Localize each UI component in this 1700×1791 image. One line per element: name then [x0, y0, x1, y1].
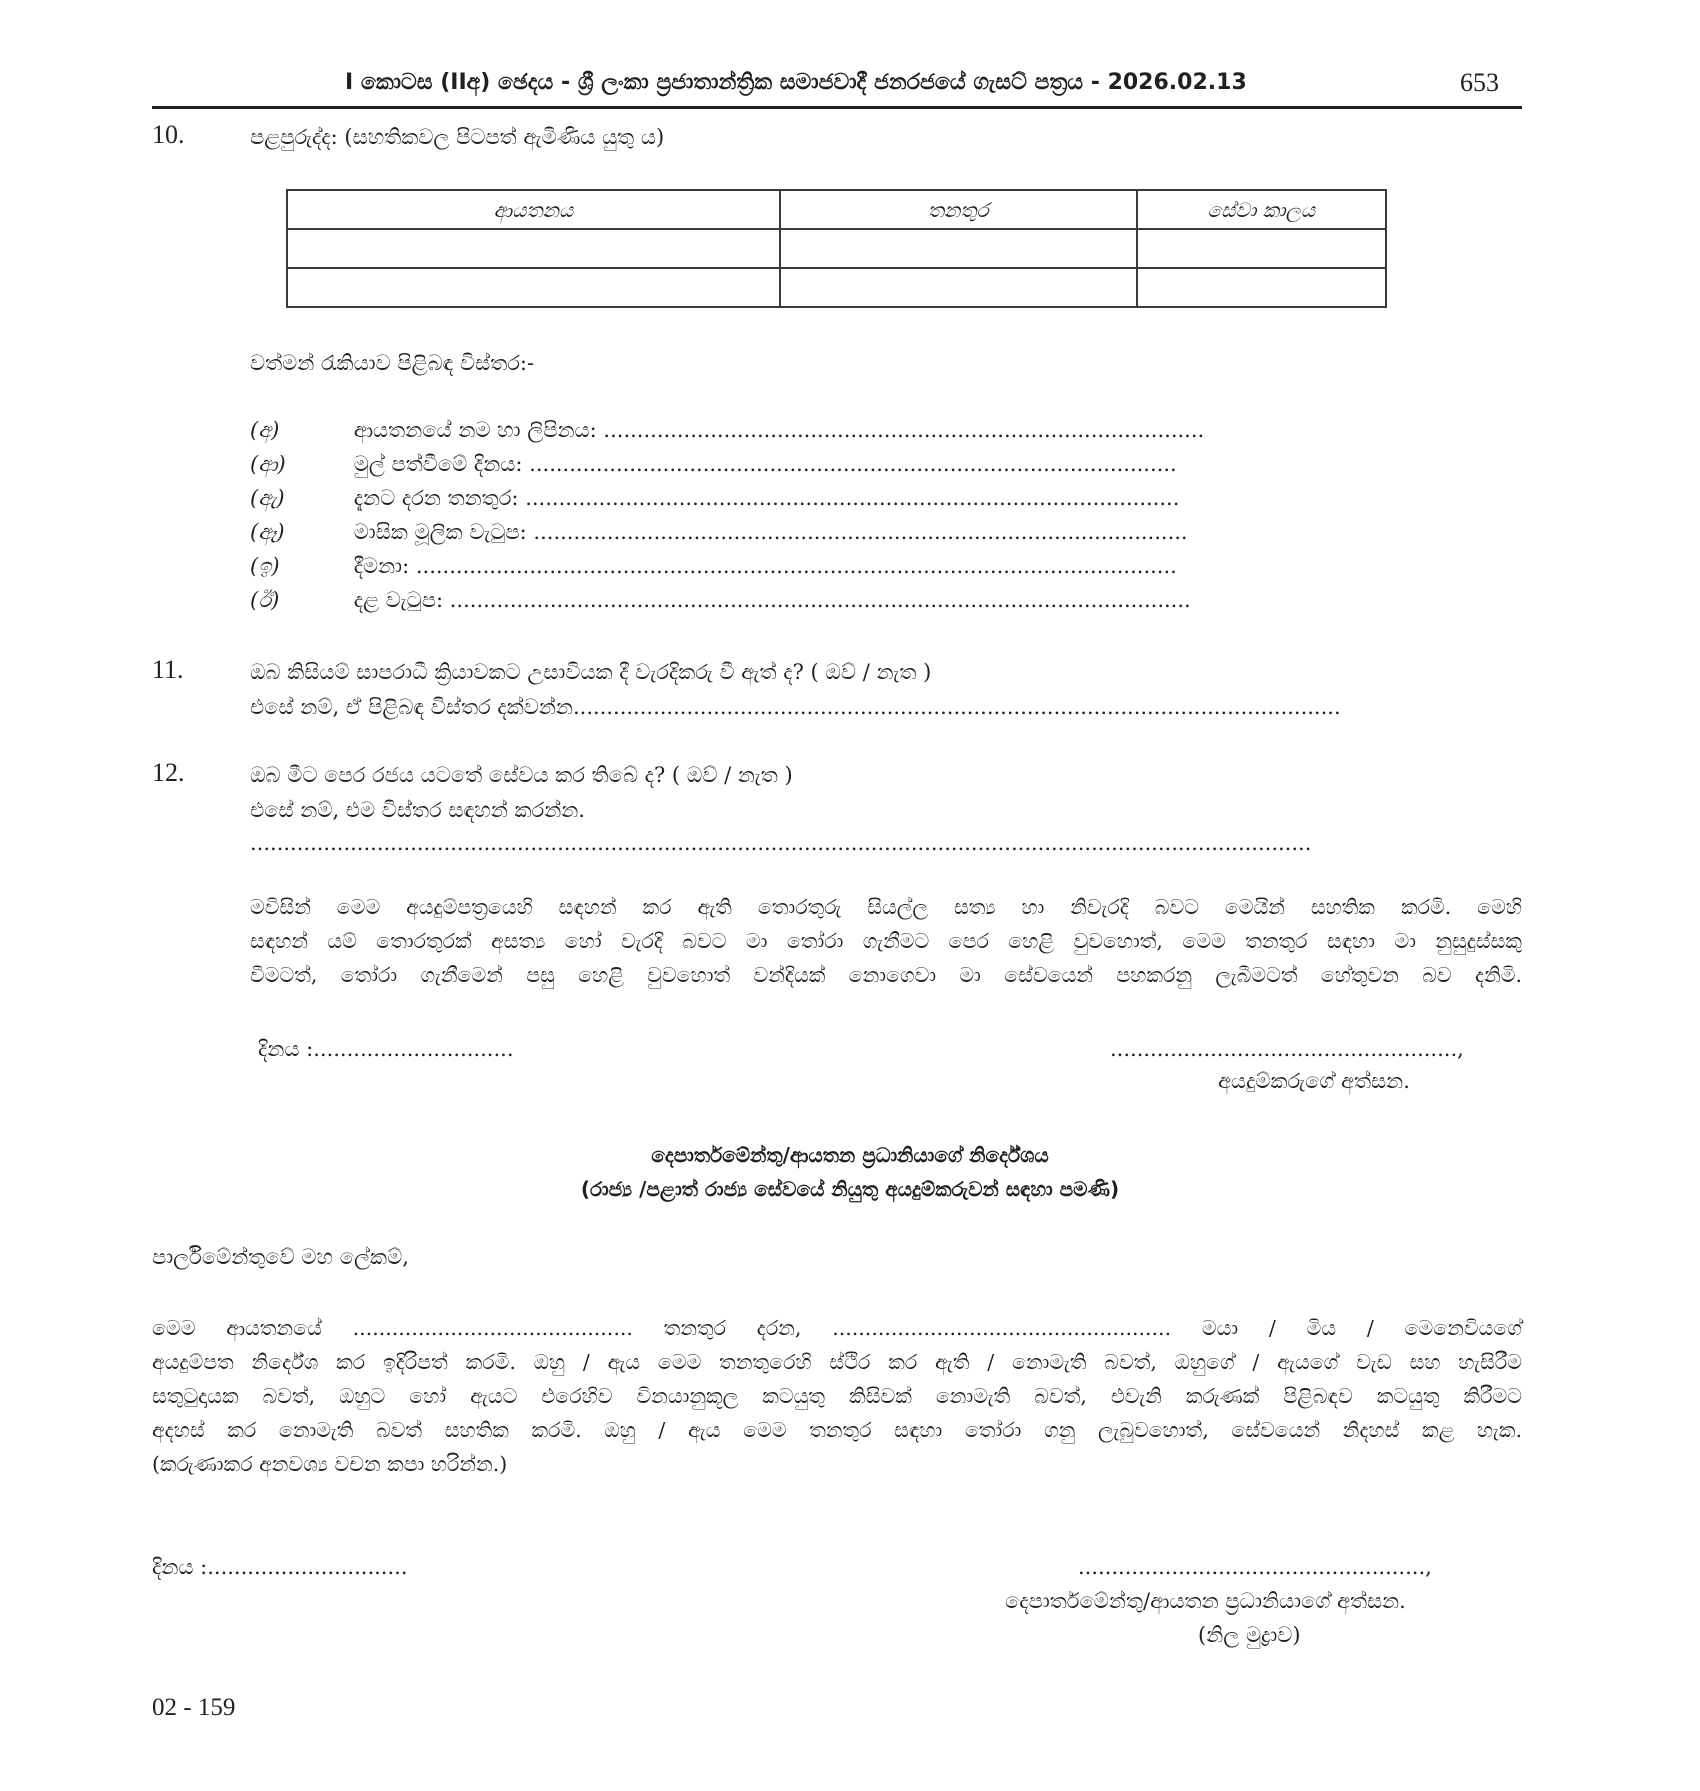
- head-date-label: දිනය :: [152, 1555, 207, 1579]
- table-cell-institution[interactable]: [287, 229, 780, 268]
- declaration-line: සඳහන් යම් තොරතුරක් අසත්‍ය හෝ වැරදි බවට ම…: [250, 924, 1522, 958]
- item-marker: (ඉ): [250, 553, 347, 579]
- item-answer-field[interactable]: ........................................…: [529, 452, 1177, 476]
- item-marker: (ඊ): [250, 587, 347, 613]
- section-12-followup: එසේ නම්, එම විස්තර සඳහන් කරන්න.: [250, 797, 585, 823]
- item-answer-field[interactable]: ........................................…: [450, 588, 1191, 612]
- item-label: දීමනා:: [354, 554, 409, 578]
- declaration-paragraph: මවිසින් මෙම අයදුම්පත්‍රයෙහි සඳහන් කර ඇති…: [250, 890, 1522, 992]
- gazette-header-title: I කොටස (IIඅ) ඡෙදය - ශ්‍රී ලංකා ප්‍රජාතාන…: [345, 70, 1247, 95]
- header-rule: [152, 106, 1522, 109]
- experience-table-header: ආයතනය තනතුර සේවා කාලය: [287, 190, 1386, 229]
- current-job-field: (ඈ) මාසික මූලික වැටුප: .................…: [250, 519, 1188, 545]
- item-marker: (අ): [250, 417, 347, 443]
- section-11-question: ඔබ කිසියම් සාපරාධී ක්‍රියාවකට උසාවියක දී…: [250, 659, 931, 685]
- recommendation-line: අදහස් කර නොමැති බවත් සහතික කරමි. ඔහු / ඇ…: [152, 1413, 1522, 1447]
- section-11-followup: එසේ නම්, ඒ පිළිබඳ විස්තර දක්වන්න.: [250, 695, 580, 719]
- column-header-service-period: සේවා කාලය: [1137, 190, 1386, 229]
- declaration-line: මවිසින් මෙම අයදුම්පත්‍රයෙහි සඳහන් කර ඇති…: [250, 890, 1522, 924]
- head-signature-caption: දෙපාර්තමේන්තු/ආයතන ප්‍රධානියාගේ අත්සන.: [1005, 1588, 1406, 1614]
- table-cell-position[interactable]: [780, 268, 1137, 307]
- recommendation-strike-note: (කරුණාකර අනවශ්‍ය වචන කපා හරින්න.): [152, 1447, 1522, 1481]
- applicant-date-label: දිනය :: [258, 1037, 313, 1061]
- gazette-code: 02 - 159: [152, 1694, 235, 1722]
- current-job-field: (ආ) මුල් පත්වීමේ දිනය: .................…: [250, 451, 1177, 477]
- current-job-heading: වත්මන් රැකියාව පිළිබඳ විස්තර:-: [250, 350, 534, 376]
- item-answer-field[interactable]: ........................................…: [533, 520, 1187, 544]
- section-10-number: 10.: [152, 120, 185, 150]
- current-job-field: (අ) ආයතනයේ නම හා ලිපිනය: ...............…: [250, 417, 1204, 443]
- table-cell-position[interactable]: [780, 229, 1137, 268]
- item-answer-field[interactable]: ........................................…: [603, 418, 1204, 442]
- experience-table: ආයතනය තනතුර සේවා කාලය: [286, 189, 1387, 308]
- section-12-question: ඔබ මීට පෙර රජය යටතේ සේවය කර තිබේ ද? ( ඔව…: [250, 762, 793, 788]
- item-label: ආයතනයේ නම හා ලිපිනය:: [354, 418, 597, 442]
- item-answer-field[interactable]: ........................................…: [525, 486, 1179, 510]
- item-label: මුල් පත්වීමේ දිනය:: [354, 452, 523, 476]
- item-answer-field[interactable]: ........................................…: [416, 554, 1177, 578]
- current-job-field: (ඉ) දීමනා: .............................…: [250, 553, 1177, 579]
- item-marker: (ඈ): [250, 519, 347, 545]
- recommendation-salutation: පාර්ලිමේන්තුවේ මහ ලේකම්,: [152, 1244, 409, 1270]
- recommendation-body: මෙම ආයතනයේ .............................…: [152, 1311, 1522, 1481]
- recommendation-line: මෙම ආයතනයේ .............................…: [152, 1311, 1522, 1345]
- section-10-title: පළපුරුද්ද: (සහතිකවල පිටපත් ඇමිණිය යුතු ය…: [250, 124, 664, 150]
- recommendation-title: දෙපාර්තමේන්තු/ආයතන ප්‍රධානියාගේ නිර්දේශය: [0, 1142, 1700, 1168]
- item-label: දැනට දරන තනතුර:: [354, 486, 519, 510]
- head-date-field[interactable]: ..............................: [207, 1555, 407, 1579]
- head-signature-field[interactable]: ........................................…: [1078, 1554, 1432, 1580]
- section-12-answer-field[interactable]: ........................................…: [250, 830, 1311, 856]
- current-job-field: (ඇ) දැනට දරන තනතුර: ....................…: [250, 485, 1179, 511]
- section-11-answer-field[interactable]: ........................................…: [580, 695, 1341, 719]
- page-number: 653: [1460, 68, 1499, 98]
- section-12-number: 12.: [152, 758, 185, 788]
- item-label: දළ වැටුප:: [354, 588, 443, 612]
- item-label: මාසික මූලික වැටුප:: [354, 520, 527, 544]
- applicant-signature-field[interactable]: ........................................…: [1110, 1036, 1464, 1062]
- applicant-date-field[interactable]: ..............................: [313, 1037, 513, 1061]
- table-cell-service-period[interactable]: [1137, 229, 1386, 268]
- item-marker: (ඇ): [250, 485, 347, 511]
- applicant-date-line: දිනය :..............................: [258, 1036, 514, 1062]
- column-header-institution: ආයතනය: [287, 190, 780, 229]
- section-11-followup-line: එසේ නම්, ඒ පිළිබඳ විස්තර දක්වන්න........…: [250, 694, 1341, 720]
- current-job-field: (ඊ) දළ වැටුප: ..........................…: [250, 587, 1191, 613]
- recommendation-line: සතුටුදායක බවත්, ඔහුට හෝ ඇයට එරෙහිව විනයා…: [152, 1379, 1522, 1413]
- applicant-signature-caption: අයදුම්කරුගේ අත්සන.: [1218, 1068, 1410, 1094]
- section-11-number: 11.: [152, 655, 184, 685]
- recommendation-line: අයදුම්පත නිර්දේශ කර ඉදිරිපත් කරමි. ඔහු /…: [152, 1345, 1522, 1379]
- column-header-position: තනතුර: [780, 190, 1137, 229]
- table-row: [287, 229, 1386, 268]
- head-date-line: දිනය :..............................: [152, 1554, 408, 1580]
- official-seal-caption: (නිල මුද්‍රාව): [1198, 1622, 1301, 1648]
- table-row: [287, 268, 1386, 307]
- table-cell-service-period[interactable]: [1137, 268, 1386, 307]
- table-cell-institution[interactable]: [287, 268, 780, 307]
- recommendation-subtitle: (රාජ්‍ය /පළාත් රාජ්‍ය සේවයේ නියුතු අයදුම…: [0, 1176, 1700, 1202]
- declaration-line: වීමටත්, තෝරා ගැනීමෙන් පසු හෙළි වුවහොත් ව…: [250, 958, 1522, 992]
- item-marker: (ආ): [250, 451, 347, 477]
